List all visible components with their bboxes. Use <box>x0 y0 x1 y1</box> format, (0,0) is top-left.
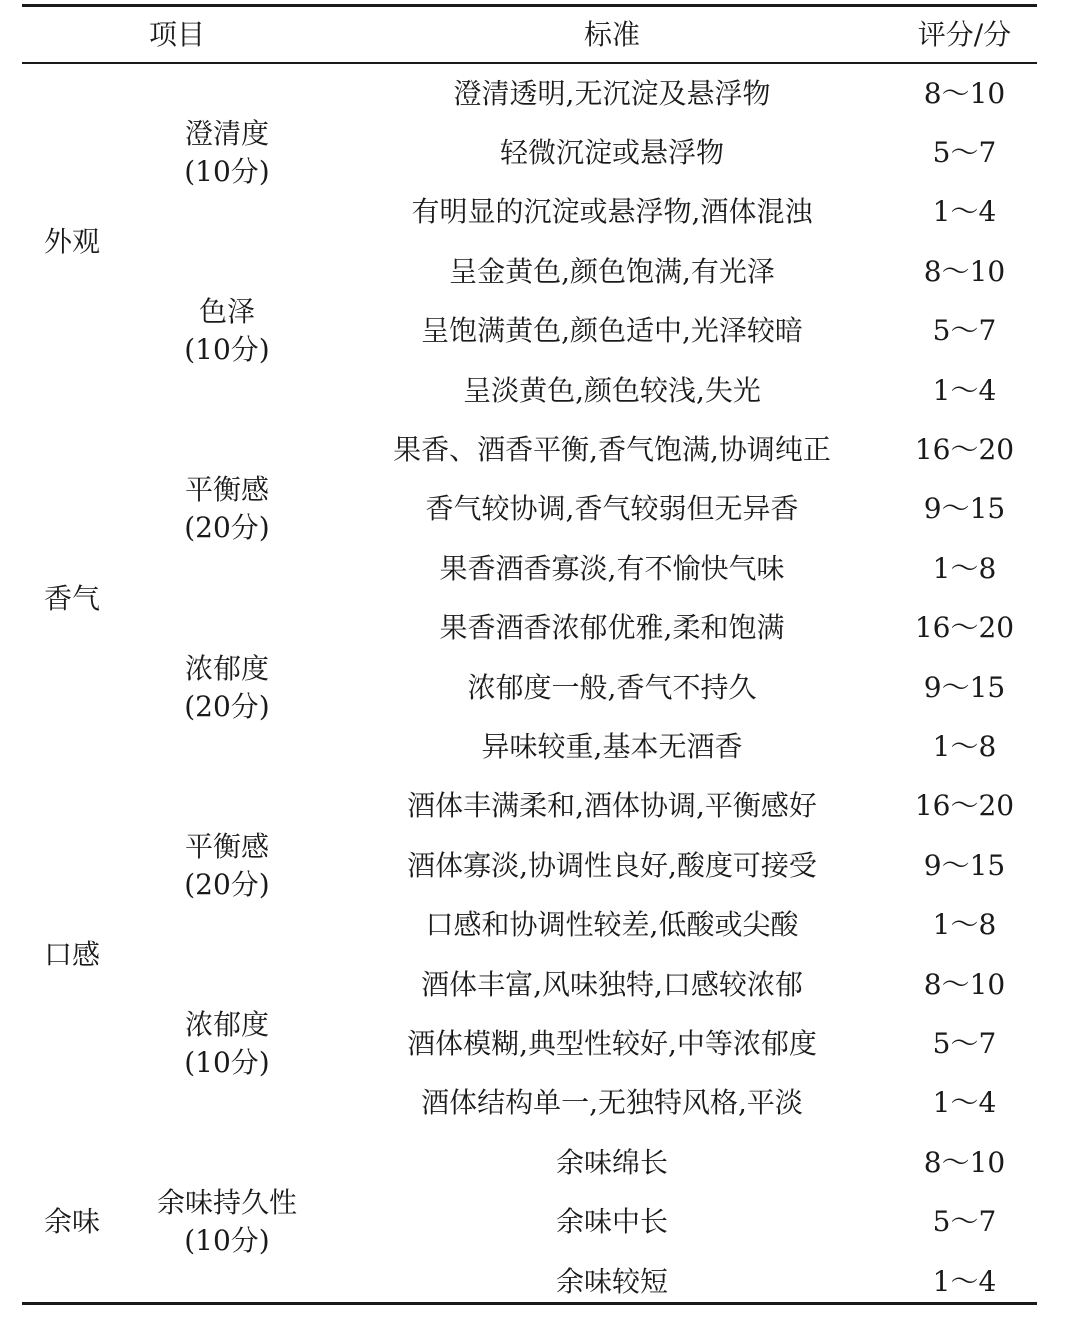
subitem-cell: 浓郁度(20分) <box>122 599 332 777</box>
standard-cell: 呈淡黄色,颜色较浅,失光 <box>332 361 892 420</box>
subitem-cell: 余味持久性(10分) <box>122 1133 332 1311</box>
standard-cell: 酒体模糊,典型性较好,中等浓郁度 <box>332 1014 892 1073</box>
subitem-name: 浓郁度 <box>185 650 269 688</box>
standard-cell: 酒体结构单一,无独特风格,平淡 <box>332 1074 892 1133</box>
header-standard: 标准 <box>332 8 892 62</box>
subitem-name: 澄清度 <box>185 115 269 153</box>
standard-cell: 有明显的沉淀或悬浮物,酒体混浊 <box>332 183 892 242</box>
score-cell: 8～10 <box>892 242 1037 301</box>
subitem-name: 平衡感 <box>185 471 269 509</box>
standard-cell: 果香酒香寡淡,有不愉快气味 <box>332 539 892 598</box>
category-cell: 口感 <box>22 777 122 1133</box>
category-cell: 香气 <box>22 420 122 776</box>
subitem-points: (10分) <box>184 153 269 191</box>
standard-cell: 呈金黄色,颜色饱满,有光泽 <box>332 242 892 301</box>
standard-cell: 酒体寡淡,协调性良好,酸度可接受 <box>332 836 892 895</box>
standard-cell: 浓郁度一般,香气不持久 <box>332 658 892 717</box>
standard-cell: 酒体丰富,风味独特,口感较浓郁 <box>332 955 892 1014</box>
subitem-cell: 浓郁度(10分) <box>122 955 332 1133</box>
bottom-rule <box>22 1302 1037 1305</box>
standard-cell: 余味中长 <box>332 1193 892 1252</box>
score-cell: 8～10 <box>892 64 1037 123</box>
score-cell: 1～4 <box>892 1074 1037 1133</box>
score-cell: 9～15 <box>892 836 1037 895</box>
score-cell: 5～7 <box>892 302 1037 361</box>
score-cell: 1～8 <box>892 896 1037 955</box>
subitem-points: (20分) <box>184 866 269 904</box>
subitem-points: (10分) <box>184 1222 269 1260</box>
header-item: 项目 <box>22 8 332 62</box>
score-cell: 9～15 <box>892 480 1037 539</box>
score-cell: 5～7 <box>892 123 1037 182</box>
score-cell: 9～15 <box>892 658 1037 717</box>
standard-cell: 果香、酒香平衡,香气饱满,协调纯正 <box>332 420 892 479</box>
subitem-name: 色泽 <box>199 293 255 331</box>
score-cell: 16～20 <box>892 420 1037 479</box>
subitem-points: (10分) <box>184 331 269 369</box>
header-score: 评分/分 <box>892 8 1037 62</box>
standard-cell: 酒体丰满柔和,酒体协调,平衡感好 <box>332 777 892 836</box>
score-cell: 1～4 <box>892 361 1037 420</box>
subitem-points: (20分) <box>184 509 269 547</box>
standard-cell: 果香酒香浓郁优雅,柔和饱满 <box>332 599 892 658</box>
subitem-name: 平衡感 <box>185 828 269 866</box>
subitem-cell: 色泽(10分) <box>122 242 332 420</box>
standard-cell: 呈饱满黄色,颜色适中,光泽较暗 <box>332 302 892 361</box>
subitem-points: (10分) <box>184 1044 269 1082</box>
score-cell: 1～4 <box>892 183 1037 242</box>
category-cell: 外观 <box>22 64 122 420</box>
score-cell: 1～8 <box>892 539 1037 598</box>
subitem-name: 浓郁度 <box>185 1006 269 1044</box>
score-cell: 8～10 <box>892 1133 1037 1192</box>
top-rule <box>22 4 1037 7</box>
score-cell: 8～10 <box>892 955 1037 1014</box>
score-cell: 16～20 <box>892 777 1037 836</box>
score-cell: 16～20 <box>892 599 1037 658</box>
subitem-points: (20分) <box>184 688 269 726</box>
standard-cell: 轻微沉淀或悬浮物 <box>332 123 892 182</box>
subitem-cell: 平衡感(20分) <box>122 777 332 955</box>
subitem-name: 余味持久性 <box>157 1184 297 1222</box>
standard-cell: 口感和协调性较差,低酸或尖酸 <box>332 896 892 955</box>
standard-cell: 异味较重,基本无酒香 <box>332 717 892 776</box>
subitem-cell: 平衡感(20分) <box>122 420 332 598</box>
subitem-cell: 澄清度(10分) <box>122 64 332 242</box>
standard-cell: 香气较协调,香气较弱但无异香 <box>332 480 892 539</box>
score-cell: 5～7 <box>892 1193 1037 1252</box>
score-cell: 5～7 <box>892 1014 1037 1073</box>
score-cell: 1～8 <box>892 717 1037 776</box>
standard-cell: 余味绵长 <box>332 1133 892 1192</box>
category-cell: 余味 <box>22 1133 122 1311</box>
standard-cell: 澄清透明,无沉淀及悬浮物 <box>332 64 892 123</box>
